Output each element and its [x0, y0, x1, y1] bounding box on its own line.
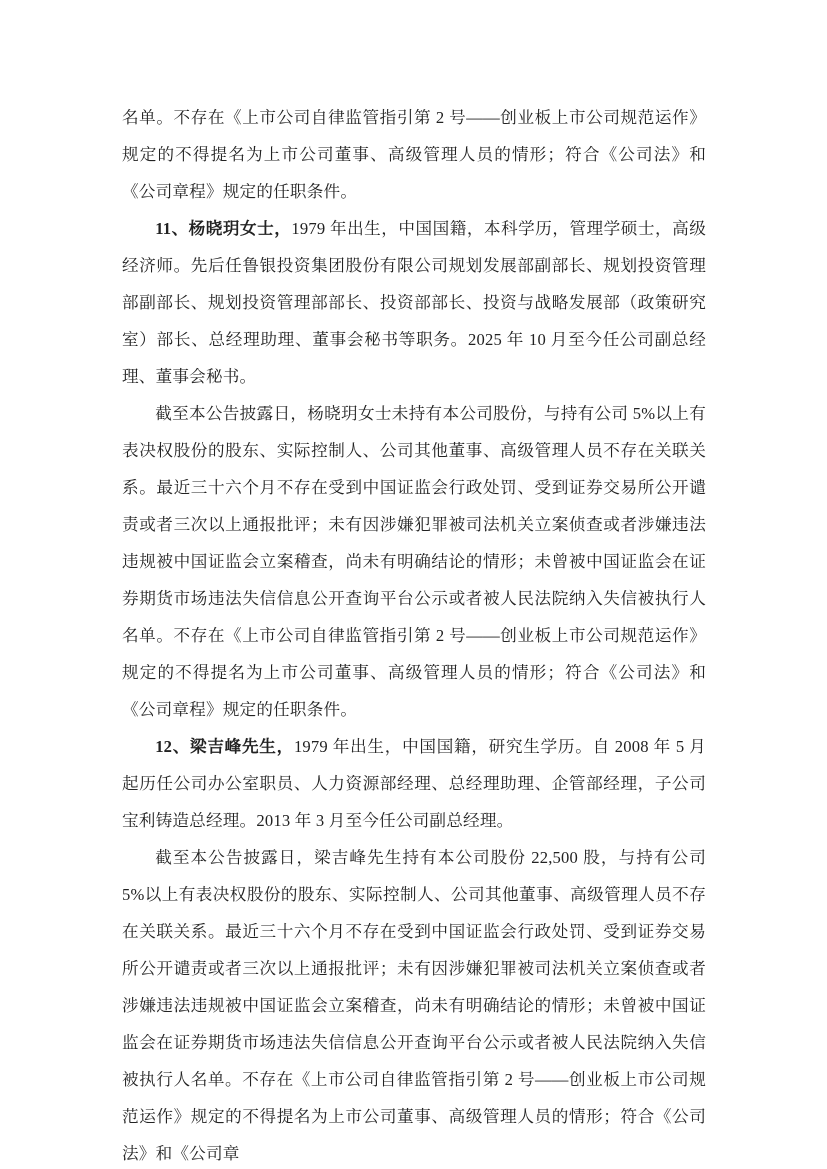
paragraph: 12、梁吉峰先生，1979 年出生，中国国籍，研究生学历。自 2008 年 5 … — [122, 728, 706, 839]
paragraph: 截至本公告披露日，梁吉峰先生持有本公司股份 22,500 股，与持有公司 5%以… — [122, 839, 706, 1169]
paragraph: 截至本公告披露日，杨晓玥女士未持有本公司股份，与持有公司 5%以上有表决权股份的… — [122, 395, 706, 728]
document-page: 名单。不存在《上市公司自律监管指引第 2 号——创业板上市公司规范运作》规定的不… — [0, 0, 827, 1169]
paragraph-text: 名单。不存在《上市公司自律监管指引第 2 号——创业板上市公司规范运作》规定的不… — [122, 108, 706, 201]
paragraph-text: 截至本公告披露日，杨晓玥女士未持有本公司股份，与持有公司 5%以上有表决权股份的… — [122, 404, 706, 719]
person-heading: 12、梁吉峰先生， — [155, 737, 294, 756]
paragraph-text: 截至本公告披露日，梁吉峰先生持有本公司股份 22,500 股，与持有公司 5%以… — [122, 848, 706, 1163]
paragraph: 11、杨晓玥女士，1979 年出生，中国国籍，本科学历，管理学硕士，高级经济师。… — [122, 210, 706, 395]
paragraph: 名单。不存在《上市公司自律监管指引第 2 号——创业板上市公司规范运作》规定的不… — [122, 99, 706, 210]
document-body: 名单。不存在《上市公司自律监管指引第 2 号——创业板上市公司规范运作》规定的不… — [122, 99, 706, 1169]
person-heading: 11、杨晓玥女士， — [155, 219, 291, 238]
paragraph-text: 1979 年出生，中国国籍，本科学历，管理学硕士，高级经济师。先后任鲁银投资集团… — [122, 219, 706, 386]
